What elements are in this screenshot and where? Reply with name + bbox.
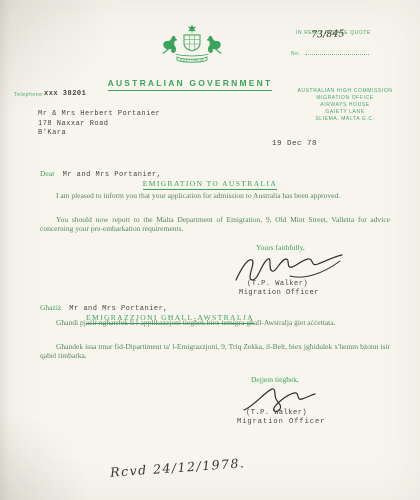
government-heading: AUSTRALIAN GOVERNMENT — [108, 78, 273, 91]
signatory-name-en: (T.P. Walker) — [247, 280, 319, 289]
recipient-address: Mr & Mrs Herbert Portanier 178 Naxxar Ro… — [38, 110, 160, 139]
telephone-label: Telephone: — [14, 92, 44, 98]
office-line: AIRWAYS HOUSE — [275, 102, 415, 109]
commonwealth-star-icon — [188, 24, 196, 34]
australia-coat-of-arms-icon: AUSTRALIA — [150, 22, 234, 66]
reference-number-handwritten: 73/845 — [311, 28, 345, 40]
office-line: GAIETY LANE — [275, 109, 415, 116]
para-en-1: I am pleased to inform you that your app… — [40, 191, 390, 200]
signatory-en: (T.P. Walker) Migration Officer — [247, 280, 319, 297]
para-mt-1: Għandi pjaċir ngħarrfek li l-applikazzjo… — [40, 318, 390, 327]
signatory-name-mt: (T.P. Walker) — [246, 409, 325, 418]
emu-icon — [207, 36, 221, 53]
kangaroo-icon — [163, 36, 177, 53]
office-address: AUSTRALIAN HIGH COMMISSION MIGRATION OFF… — [275, 88, 415, 123]
received-note: Rcvd 24/12/1978. — [110, 455, 246, 479]
recipient-line: Mr & Mrs Herbert Portanier — [38, 110, 160, 120]
reference-no-label: No. — [291, 51, 301, 57]
signatory-title-mt: Migration Officer — [237, 418, 325, 427]
recipient-line: B'Kara — [38, 129, 160, 139]
reference-dotted-line — [305, 48, 369, 55]
para-en-2: You should now report to the Malta Depar… — [40, 215, 390, 233]
subject-en: EMIGRATION TO AUSTRALIA — [143, 179, 277, 190]
signatory-title-en: Migration Officer — [239, 289, 319, 298]
signatory-mt: (T.P. Walker) Migration Officer — [246, 409, 325, 426]
coat-of-arms-banner-label: AUSTRALIA — [180, 58, 204, 62]
coat-of-arms-icon: AUSTRALIA — [150, 22, 234, 66]
office-line: AUSTRALIAN HIGH COMMISSION — [275, 88, 415, 95]
office-line: MIGRATION OFFICE — [275, 95, 415, 102]
recipient-line: 178 Naxxar Road — [38, 120, 160, 130]
letter-document: AUSTRALIA AUSTRALIAN GOVERNMENT IN REPLY… — [0, 0, 420, 500]
telephone-value: xxx 38201 — [44, 90, 86, 98]
para-mt-2: Għandek issa tmur fid-Dipartiment ta' l-… — [40, 342, 390, 360]
letter-date: 19 Dec 78 — [272, 140, 317, 148]
office-line: SLIEMA, MALTA G.C. — [275, 116, 415, 123]
